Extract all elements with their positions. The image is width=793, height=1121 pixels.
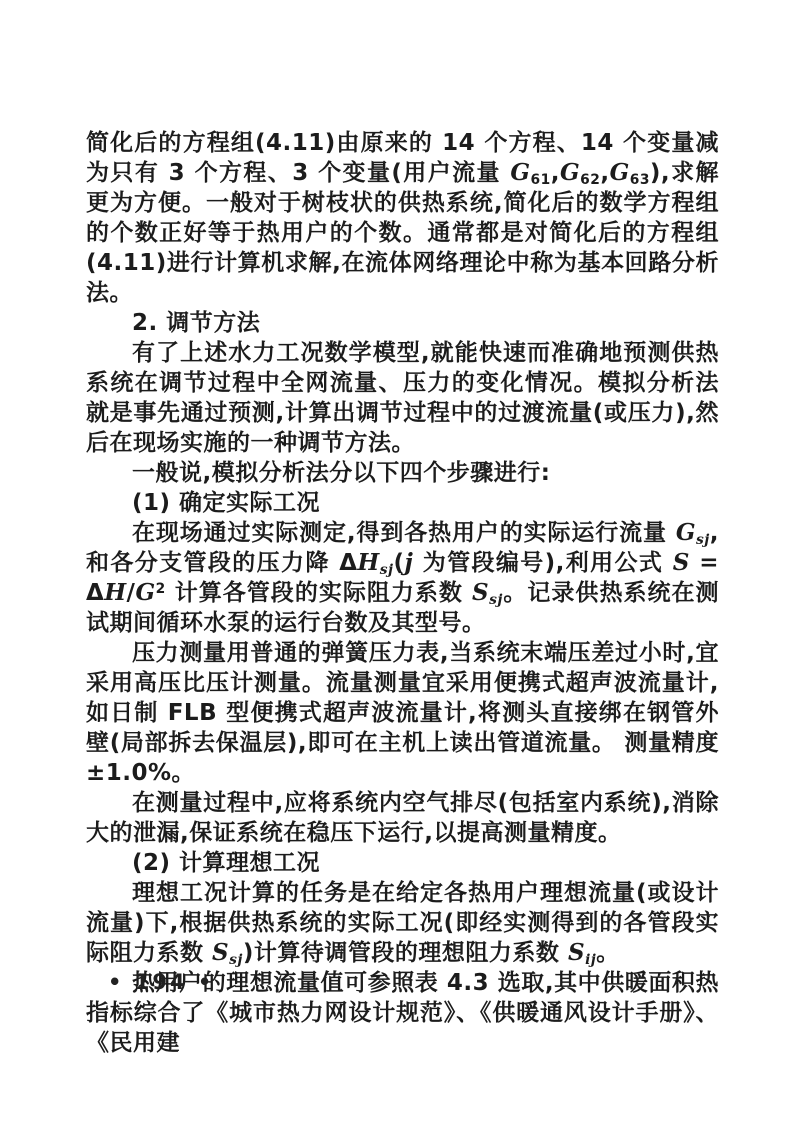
text-run: ,: [551, 160, 560, 186]
text-run: 在测量过程中,应将系统内空气排尽(包括室内系统),消除大的泄漏,保证系统在稳压下…: [86, 790, 719, 846]
math-symbol: sj: [489, 592, 503, 608]
text-run: 62: [580, 172, 600, 188]
text-run: 61: [531, 172, 551, 188]
math-symbol: sj: [380, 562, 394, 578]
text-run: (1) 确定实际工况: [132, 490, 320, 516]
text-run: 2: [156, 581, 166, 597]
subsection-heading-1: (1) 确定实际工况: [86, 488, 719, 518]
paragraph-actual-condition: 在现场通过实际测定,得到各热用户的实际运行流量 Gsj,和各分支管段的压力降 Δ…: [86, 518, 719, 638]
text-run: 一般说,模拟分析法分以下四个步骤进行:: [132, 460, 550, 486]
scan-speck: [613, 807, 617, 811]
math-symbol: S: [673, 549, 690, 576]
math-symbol: H: [104, 579, 126, 606]
text-run: (: [394, 550, 405, 576]
math-symbol: G: [610, 159, 630, 186]
text-run: 在现场通过实际测定,得到各热用户的实际运行流量: [132, 520, 676, 546]
text-run: 63: [630, 172, 650, 188]
paragraph-continuation: 简化后的方程组(4.11)由原来的 14 个方程、14 个变量减为只有 3 个方…: [86, 128, 719, 308]
math-symbol: G: [560, 159, 580, 186]
math-symbol: sj: [229, 952, 243, 968]
paragraph-ideal-condition: 理想工况计算的任务是在给定各热用户理想流量(或设计流量)下,根据供热系统的实际工…: [86, 878, 719, 968]
text-run: 压力测量用普通的弹簧压力表,当系统末端压差过小时,宜采用高压比压计测量。流量测量…: [86, 640, 719, 786]
math-symbol: ij: [585, 952, 596, 968]
section-heading-2: 2. 调节方法: [86, 308, 719, 338]
text-block: 简化后的方程组(4.11)由原来的 14 个方程、14 个变量减为只有 3 个方…: [86, 128, 719, 1058]
math-symbol: H: [358, 549, 380, 576]
text-run: )计算待调管段的理想阻力系数: [243, 940, 568, 966]
page-number: • 194 •: [108, 970, 214, 994]
paragraph-measurement-precautions: 在测量过程中,应将系统内空气排尽(包括室内系统),消除大的泄漏,保证系统在稳压下…: [86, 788, 719, 848]
text-run: 。: [596, 940, 620, 966]
math-symbol: G: [676, 519, 696, 546]
math-symbol: G: [135, 579, 155, 606]
math-symbol: sj: [696, 532, 710, 548]
text-run: (2) 计算理想工况: [132, 850, 320, 876]
paragraph-four-steps: 一般说,模拟分析法分以下四个步骤进行:: [86, 458, 719, 488]
math-symbol: G: [510, 159, 530, 186]
paragraph-measurement-instruments: 压力测量用普通的弹簧压力表,当系统末端压差过小时,宜采用高压比压计测量。流量测量…: [86, 638, 719, 788]
text-run: 2. 调节方法: [132, 310, 260, 336]
math-symbol: S: [568, 939, 585, 966]
scanned-book-page: 简化后的方程组(4.11)由原来的 14 个方程、14 个变量减为只有 3 个方…: [0, 0, 793, 1121]
text-run: 有了上述水力工况数学模型,就能快速而准确地预测供热系统在调节过程中全网流量、压力…: [86, 340, 719, 456]
text-run: 计算各管段的实际阻力系数: [166, 580, 472, 606]
math-symbol: S: [212, 939, 229, 966]
subsection-heading-2: (2) 计算理想工况: [86, 848, 719, 878]
text-run: ,: [600, 160, 609, 186]
math-symbol: S: [472, 579, 489, 606]
paragraph-simulation-method: 有了上述水力工况数学模型,就能快速而准确地预测供热系统在调节过程中全网流量、压力…: [86, 338, 719, 458]
text-run: 为管段编号),利用公式: [413, 550, 672, 576]
